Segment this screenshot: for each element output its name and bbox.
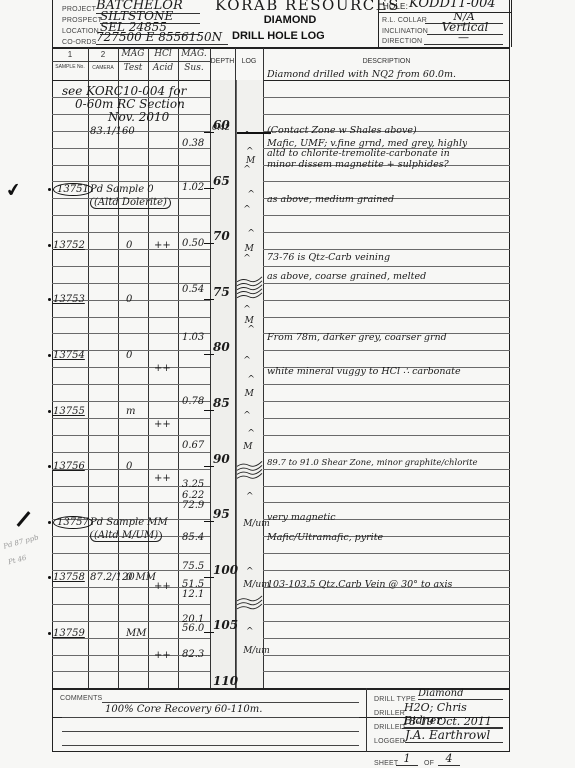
sample-number: 13754 (48, 350, 85, 361)
table-row-line (52, 553, 210, 554)
description-entry: altd to chlorite-tremolite-carbonate in (267, 148, 450, 159)
comments-line (102, 702, 359, 703)
col2-label: CAMERA (88, 65, 118, 71)
log-symbol: ^ (243, 165, 251, 175)
sample-id: 13751 (53, 183, 93, 196)
description-row-line (263, 502, 510, 503)
table-row-line (52, 232, 210, 233)
depth-mark: 90 (213, 452, 230, 466)
description-row-line (263, 671, 510, 672)
depth-tick (204, 632, 214, 633)
description-entry: 103-103.5 Qtz.Carb Vein @ 30° to axis (267, 579, 452, 590)
sample-number: 13753 (48, 294, 85, 305)
table-row-line (52, 266, 210, 267)
camera-note-sub: (Altd Dolerite) (90, 197, 171, 209)
sample-id: 13758 (53, 572, 85, 583)
depth-tick (204, 466, 214, 467)
description-row-line (263, 215, 510, 216)
table-row-line (52, 671, 210, 672)
description-row-line (263, 249, 510, 250)
log-symbol: M (243, 442, 252, 452)
log-symbol: M/um (243, 519, 270, 529)
sample-id: 13756 (53, 461, 85, 472)
comments-label: COMMENTS (60, 695, 102, 702)
mag-sus-reading: 75.5 (182, 561, 204, 572)
col2-number: 2 (88, 50, 118, 59)
description-row-line (263, 114, 510, 115)
sample-bullet (48, 244, 51, 247)
checkmark-icon (17, 511, 31, 527)
col5-top: MAG. (178, 49, 210, 59)
driller-label: DRILLER (374, 710, 405, 717)
log-header: LOG (235, 58, 263, 65)
sample-number: 13757 (48, 517, 93, 528)
description-entry: white mineral vuggy to HCl ∴ carbonate (267, 366, 461, 377)
log-symbol: ^ (247, 325, 255, 335)
table-row-line (52, 418, 210, 419)
description-entry: Mafic/Ultramafic, pyrite (267, 532, 383, 543)
description-row-line (263, 300, 510, 301)
hcl-acid-value: ++ (154, 650, 171, 661)
table-row-line (52, 384, 210, 385)
hcl-acid-value: ++ (154, 473, 171, 484)
drilled-label: DRILLED (374, 724, 405, 731)
camera-note: Pd Sample MM (90, 517, 168, 528)
sample-number: 13752 (48, 240, 85, 251)
table-row-line (52, 604, 210, 605)
depth-tick (204, 577, 214, 578)
table-row-line (52, 452, 210, 453)
sample-number: 13759 (48, 628, 85, 639)
depth-mark: 80 (213, 340, 230, 354)
sample-number: 13758 (48, 572, 85, 583)
description-entry: as above, coarse grained, melted (267, 271, 426, 282)
mag-sus-reading: 3.25 (182, 479, 204, 490)
description-row-line (263, 266, 510, 267)
sample-bullet (48, 465, 51, 468)
description-entry: From 78m, darker grey, coarser grnd (267, 332, 447, 343)
log-symbol: M/um (243, 580, 270, 590)
mag-sus-reading: 0.42 (212, 123, 230, 132)
description-entry: as above, medium grained (267, 194, 394, 205)
header-bottom-rule (52, 80, 510, 81)
description-row-line (263, 283, 510, 284)
mag-sus-reading: 1.03 (182, 332, 204, 343)
log-symbol: ^ (243, 356, 251, 366)
mag-sus-reading: 0.50 (182, 238, 204, 249)
description-entry: very magnetic (267, 512, 336, 523)
log-symbol: ^ (247, 429, 255, 439)
log-symbol: ^ (247, 229, 255, 239)
sheet-label: SHEET (374, 760, 398, 767)
mag-test-value: 0 (126, 350, 132, 361)
sample-id: 13753 (53, 294, 85, 305)
mag-test-value: 0 MM (126, 572, 156, 583)
log-symbol: ^ (243, 411, 251, 421)
depth-tick (204, 410, 214, 411)
description-row-line (263, 655, 510, 656)
of-value: 4 (438, 752, 460, 766)
sample-id: 13754 (53, 350, 85, 361)
column-divider (263, 48, 264, 688)
table-row-line (52, 367, 210, 368)
depth-mark: 70 (213, 229, 230, 243)
col5-bottom: Sus. (178, 63, 210, 73)
log-symbol: ^ (247, 190, 255, 200)
description-row-line (263, 435, 510, 436)
camera-note-sub: (Altd M/UM) (90, 530, 162, 542)
sample-id: 13759 (53, 628, 85, 639)
sample-bullet (48, 576, 51, 579)
hcl-acid-value: ++ (154, 363, 171, 374)
log-symbol: ^ (246, 492, 254, 502)
log-symbol: M (245, 389, 254, 399)
description-row-line (263, 469, 510, 470)
header-row-split (52, 61, 210, 62)
depth-mark: 110 (213, 674, 238, 688)
col3-top: MAG (118, 49, 148, 59)
depth-mark: 75 (213, 285, 230, 299)
mag-sus-reading: 0.38 (182, 138, 204, 149)
depth-mark: 85 (213, 396, 230, 410)
description-entry: 73-76 is Qtz-Carb veining (267, 252, 390, 263)
description-row-line (263, 350, 510, 351)
depth-header: DEPTH (210, 58, 235, 65)
log-symbol: M/um (243, 646, 270, 656)
column-divider (118, 48, 119, 688)
mag-test-value: 0 (126, 294, 132, 305)
log-symbol: ^ (243, 205, 251, 215)
hcl-acid-value: ++ (154, 419, 171, 430)
camera-note: 83.1/160 (90, 126, 135, 137)
col3-bottom: Test (118, 63, 148, 73)
column-divider (148, 48, 149, 688)
sample-id: 13752 (53, 240, 85, 251)
comments-line (62, 731, 359, 732)
depth-column (211, 80, 235, 688)
contact-line (237, 132, 271, 134)
hcl-acid-value: ++ (154, 240, 171, 251)
depth-tick (204, 188, 214, 189)
description-header: DESCRIPTION (263, 58, 510, 65)
of-label: OF (424, 760, 434, 767)
hcl-acid-value: ++ (154, 581, 171, 592)
mag-sus-reading: 0.67 (182, 440, 204, 451)
description-entry: (Contact Zone w Shales above) (267, 125, 417, 136)
description-row-line (263, 181, 510, 182)
mag-sus-reading: 1.02 (182, 182, 204, 193)
mag-sus-reading: 72.9 (182, 500, 204, 511)
mag-sus-reading: 0.54 (182, 284, 204, 295)
description-row-line (263, 97, 510, 98)
table-row-line (52, 435, 210, 436)
table-row-line (52, 317, 210, 318)
depth-mark: 65 (213, 174, 230, 188)
logged-value: J.A. Earthrowl (405, 728, 503, 743)
mag-sus-reading: 56.0 (182, 623, 204, 634)
sample-number: 13756 (48, 461, 85, 472)
log-symbol: M (245, 244, 254, 254)
description-row-line (263, 604, 510, 605)
description-row-line (263, 638, 510, 639)
description-row-line (263, 317, 510, 318)
description-entry: 89.7 to 91.0 Shear Zone, minor graphite/… (267, 458, 478, 468)
sample-number: 13755 (48, 406, 85, 417)
depth-tick (204, 354, 214, 355)
preamble-note: 0-60m RC Section (75, 97, 185, 111)
camera-note: Pd Sample 0 (90, 184, 154, 195)
depth-tick (204, 521, 214, 522)
mag-sus-reading: 82.3 (182, 649, 204, 660)
col1-number: 1 (52, 50, 88, 59)
description-row-line (263, 486, 510, 487)
mag-test-value: 0 (126, 240, 132, 251)
depth-mark: 100 (213, 563, 238, 577)
logged-label: LOGGED (374, 738, 405, 745)
sample-bullet (48, 410, 51, 413)
mag-sus-reading: 12.1 (182, 589, 204, 600)
margin-note-pt: Pt 46 (7, 554, 27, 567)
log-symbol: ^ (246, 627, 254, 637)
description-entry: Diamond drilled with NQ2 from 60.0m. (267, 69, 456, 80)
col4-top: HCl (148, 49, 178, 59)
log-symbol: ^ (243, 305, 251, 315)
sample-bullet (48, 354, 51, 357)
sample-bullet (48, 521, 51, 524)
drilled-value: 18-19 Oct. 2011 (402, 715, 503, 729)
sample-bullet (48, 188, 51, 191)
depth-mark: 105 (213, 618, 238, 632)
mag-test-value: MM (126, 628, 146, 639)
comments-line (62, 717, 359, 718)
mag-test-value: m (126, 406, 135, 417)
checkmark-icon: ✔ (4, 179, 23, 202)
preamble-note: see KORC10-004 for (62, 84, 186, 98)
footer-split-2 (366, 718, 367, 752)
log-symbol: ^ (243, 254, 251, 264)
mag-sus-reading: 0.78 (182, 396, 204, 407)
column-divider (88, 48, 89, 688)
sample-bullet (48, 632, 51, 635)
depth-mark: 95 (213, 507, 230, 521)
mag-test-value: 0 (126, 461, 132, 472)
log-symbol: ^ (246, 567, 254, 577)
description-row-line (263, 384, 510, 385)
column-divider (178, 48, 179, 688)
description-row-line (263, 621, 510, 622)
description-row-line (263, 418, 510, 419)
sample-number: 13751 (48, 184, 93, 195)
margin-note-pd: Pd 87 ppb (3, 533, 40, 550)
table-row-line (52, 165, 210, 166)
description-row-line (263, 452, 510, 453)
description-row-line (263, 570, 510, 571)
depth-tick (204, 243, 214, 244)
description-entry: minor dissem magnetite + sulphides? (267, 159, 449, 170)
col4-bottom: Acid (148, 63, 178, 73)
description-row-line (263, 232, 510, 233)
description-row-line (263, 401, 510, 402)
preamble-note: Nov. 2010 (108, 110, 169, 124)
table-row-line (52, 215, 210, 216)
sample-bullet (48, 298, 51, 301)
depth-tick (204, 299, 214, 300)
comments-line (62, 745, 359, 746)
mag-sus-reading: 85.4 (182, 532, 204, 543)
description-row-line (263, 553, 510, 554)
sample-id: 13757 (53, 516, 93, 529)
sheet-value: 1 (396, 752, 418, 766)
comments-value: 100% Core Recovery 60-110m. (105, 704, 262, 715)
log-symbol: ^ (247, 375, 255, 385)
sample-id: 13755 (53, 406, 85, 417)
col1-label: SAMPLE No. (52, 64, 88, 70)
drill-type-value: Diamond (418, 688, 503, 700)
